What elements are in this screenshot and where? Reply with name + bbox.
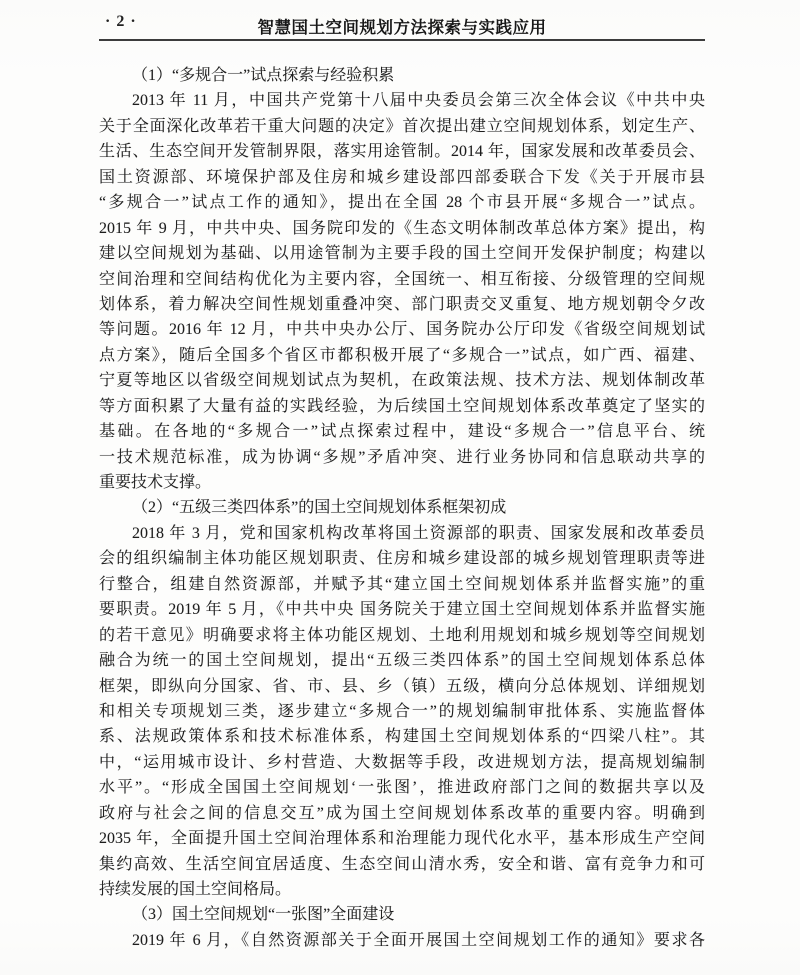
- text-line: （3）国土空间规划“一张图”全面建设: [99, 902, 705, 927]
- text-line: 2018 年 3 月，党和国家机构改革将国土资源部的职责、国家发展和改革委员: [99, 521, 705, 546]
- text-line: 2019 年 6 月，《自然资源部关于全面开展国土空间规划工作的通知》要求各: [99, 928, 705, 953]
- text-line: （1）“多规合一”试点探索与经验积累: [99, 63, 705, 88]
- text-line: 空间治理和空间结构优化为主要内容，全国统一、相互衔接、分级管理的空间规: [99, 267, 705, 292]
- text-line: 中，“运用城市设计、乡村营造、大数据等手段，改进规划方法，提高规划编制: [99, 750, 705, 775]
- text-line: 框架，即纵向分国家、省、市、县、乡（镇）五级，横向分总体规划、详细规划: [99, 674, 705, 699]
- text-line: “多规合一”试点工作的通知》，提出在全国 28 个市县开展“多规合一”试点。: [99, 190, 705, 215]
- book-page: · 2 · 智慧国土空间规划方法探索与实践应用 （1）“多规合一”试点探索与经验…: [0, 0, 800, 975]
- text-line: 会的组织编制主体功能区规划职责、住房和城乡建设部的城乡规划管理职责等进: [99, 546, 705, 571]
- text-line: 一技术规范标准，成为协调“多规”矛盾冲突、进行业务协同和信息联动共享的: [99, 445, 705, 470]
- text-line: 关于全面深化改革若干重大问题的决定》首次提出建立空间规划体系，划定生产、: [99, 114, 705, 139]
- text-line: 行整合，组建自然资源部，并赋予其“建立国土空间规划体系并监督实施”的重: [99, 572, 705, 597]
- header-rule: [99, 39, 705, 41]
- text-line: 的若干意见》明确要求将主体功能区规划、土地利用规划和城乡规划等空间规划: [99, 623, 705, 648]
- text-line: 持续发展的国土空间格局。: [99, 877, 705, 902]
- paragraph: 2019 年 6 月，《自然资源部关于全面开展国土空间规划工作的通知》要求各: [99, 928, 705, 953]
- text-line: 宁夏等地区以省级空间规划试点为契机，在政策法规、技术方法、规划体制改革: [99, 368, 705, 393]
- text-line: （2）“五级三类四体系”的国土空间规划体系框架初成: [99, 495, 705, 520]
- text-line: 政府与社会之间的信息交互”成为国土空间规划体系改革的重要内容。明确到: [99, 801, 705, 826]
- text-line: 和相关专项规划三类，逐步建立“多规合一”的规划编制审批体系、实施监督体: [99, 699, 705, 724]
- paragraph: 2018 年 3 月，党和国家机构改革将国土资源部的职责、国家发展和改革委员会的…: [99, 521, 705, 903]
- text-line: 2015 年 9 月，中共中央、国务院印发的《生态文明体制改革总体方案》提出，构: [99, 216, 705, 241]
- text-line: 建以空间规划为基础、以用途管制为主要手段的国土空间开发保护制度；构建以: [99, 241, 705, 266]
- text-line: 系、法规政策体系和技术标准体系，构建国土空间规划体系的“四梁八柱”。其: [99, 724, 705, 749]
- text-line: 水平”。“形成全国国土空间规划‘一张图’，推进政府部门之间的数据共享以及: [99, 775, 705, 800]
- text-line: 等问题。2016 年 12 月，中共中央办公厅、国务院办公厅印发《省级空间规划试: [99, 317, 705, 342]
- text-line: 点方案》，随后全国多个省区市都积极开展了“多规合一”试点，如广西、福建、: [99, 343, 705, 368]
- text-line: 融合为统一的国土空间规划，提出“五级三类四体系”的国土空间规划体系总体: [99, 648, 705, 673]
- document-body: （1）“多规合一”试点探索与经验积累2013 年 11 月，中国共产党第十八届中…: [99, 63, 705, 953]
- text-line: 重要技术支撑。: [99, 470, 705, 495]
- text-line: 基础。在各地的“多规合一”试点探索过程中，建设“多规合一”信息平台、统: [99, 419, 705, 444]
- text-line: 国土资源部、环境保护部及住房和城乡建设部四部委联合下发《关于开展市县: [99, 165, 705, 190]
- section-heading: （1）“多规合一”试点探索与经验积累: [99, 63, 705, 88]
- text-line: 要职责。2019 年 5 月，《中共中央 国务院关于建立国土空间规划体系并监督实…: [99, 597, 705, 622]
- text-line: 划体系，着力解决空间性规划重叠冲突、部门职责交叉重复、地方规划朝令夕改: [99, 292, 705, 317]
- paragraph: 2013 年 11 月，中国共产党第十八届中央委员会第三次全体会议《中共中央关于…: [99, 88, 705, 495]
- running-header: · 2 · 智慧国土空间规划方法探索与实践应用: [99, 0, 705, 41]
- text-line: 生活、生态空间开发管制界限，落实用途管制。2014 年，国家发展和改革委员会、: [99, 139, 705, 164]
- section-heading: （3）国土空间规划“一张图”全面建设: [99, 902, 705, 927]
- header-title: 智慧国土空间规划方法探索与实践应用: [99, 14, 705, 38]
- text-line: 2013 年 11 月，中国共产党第十八届中央委员会第三次全体会议《中共中央: [99, 88, 705, 113]
- section-heading: （2）“五级三类四体系”的国土空间规划体系框架初成: [99, 495, 705, 520]
- text-line: 集约高效、生活空间宜居适度、生态空间山清水秀，安全和谐、富有竞争力和可: [99, 852, 705, 877]
- text-line: 2035 年，全面提升国土空间治理体系和治理能力现代化水平，基本形成生产空间: [99, 826, 705, 851]
- text-line: 等方面积累了大量有益的实践经验，为后续国土空间规划体系改革奠定了坚实的: [99, 394, 705, 419]
